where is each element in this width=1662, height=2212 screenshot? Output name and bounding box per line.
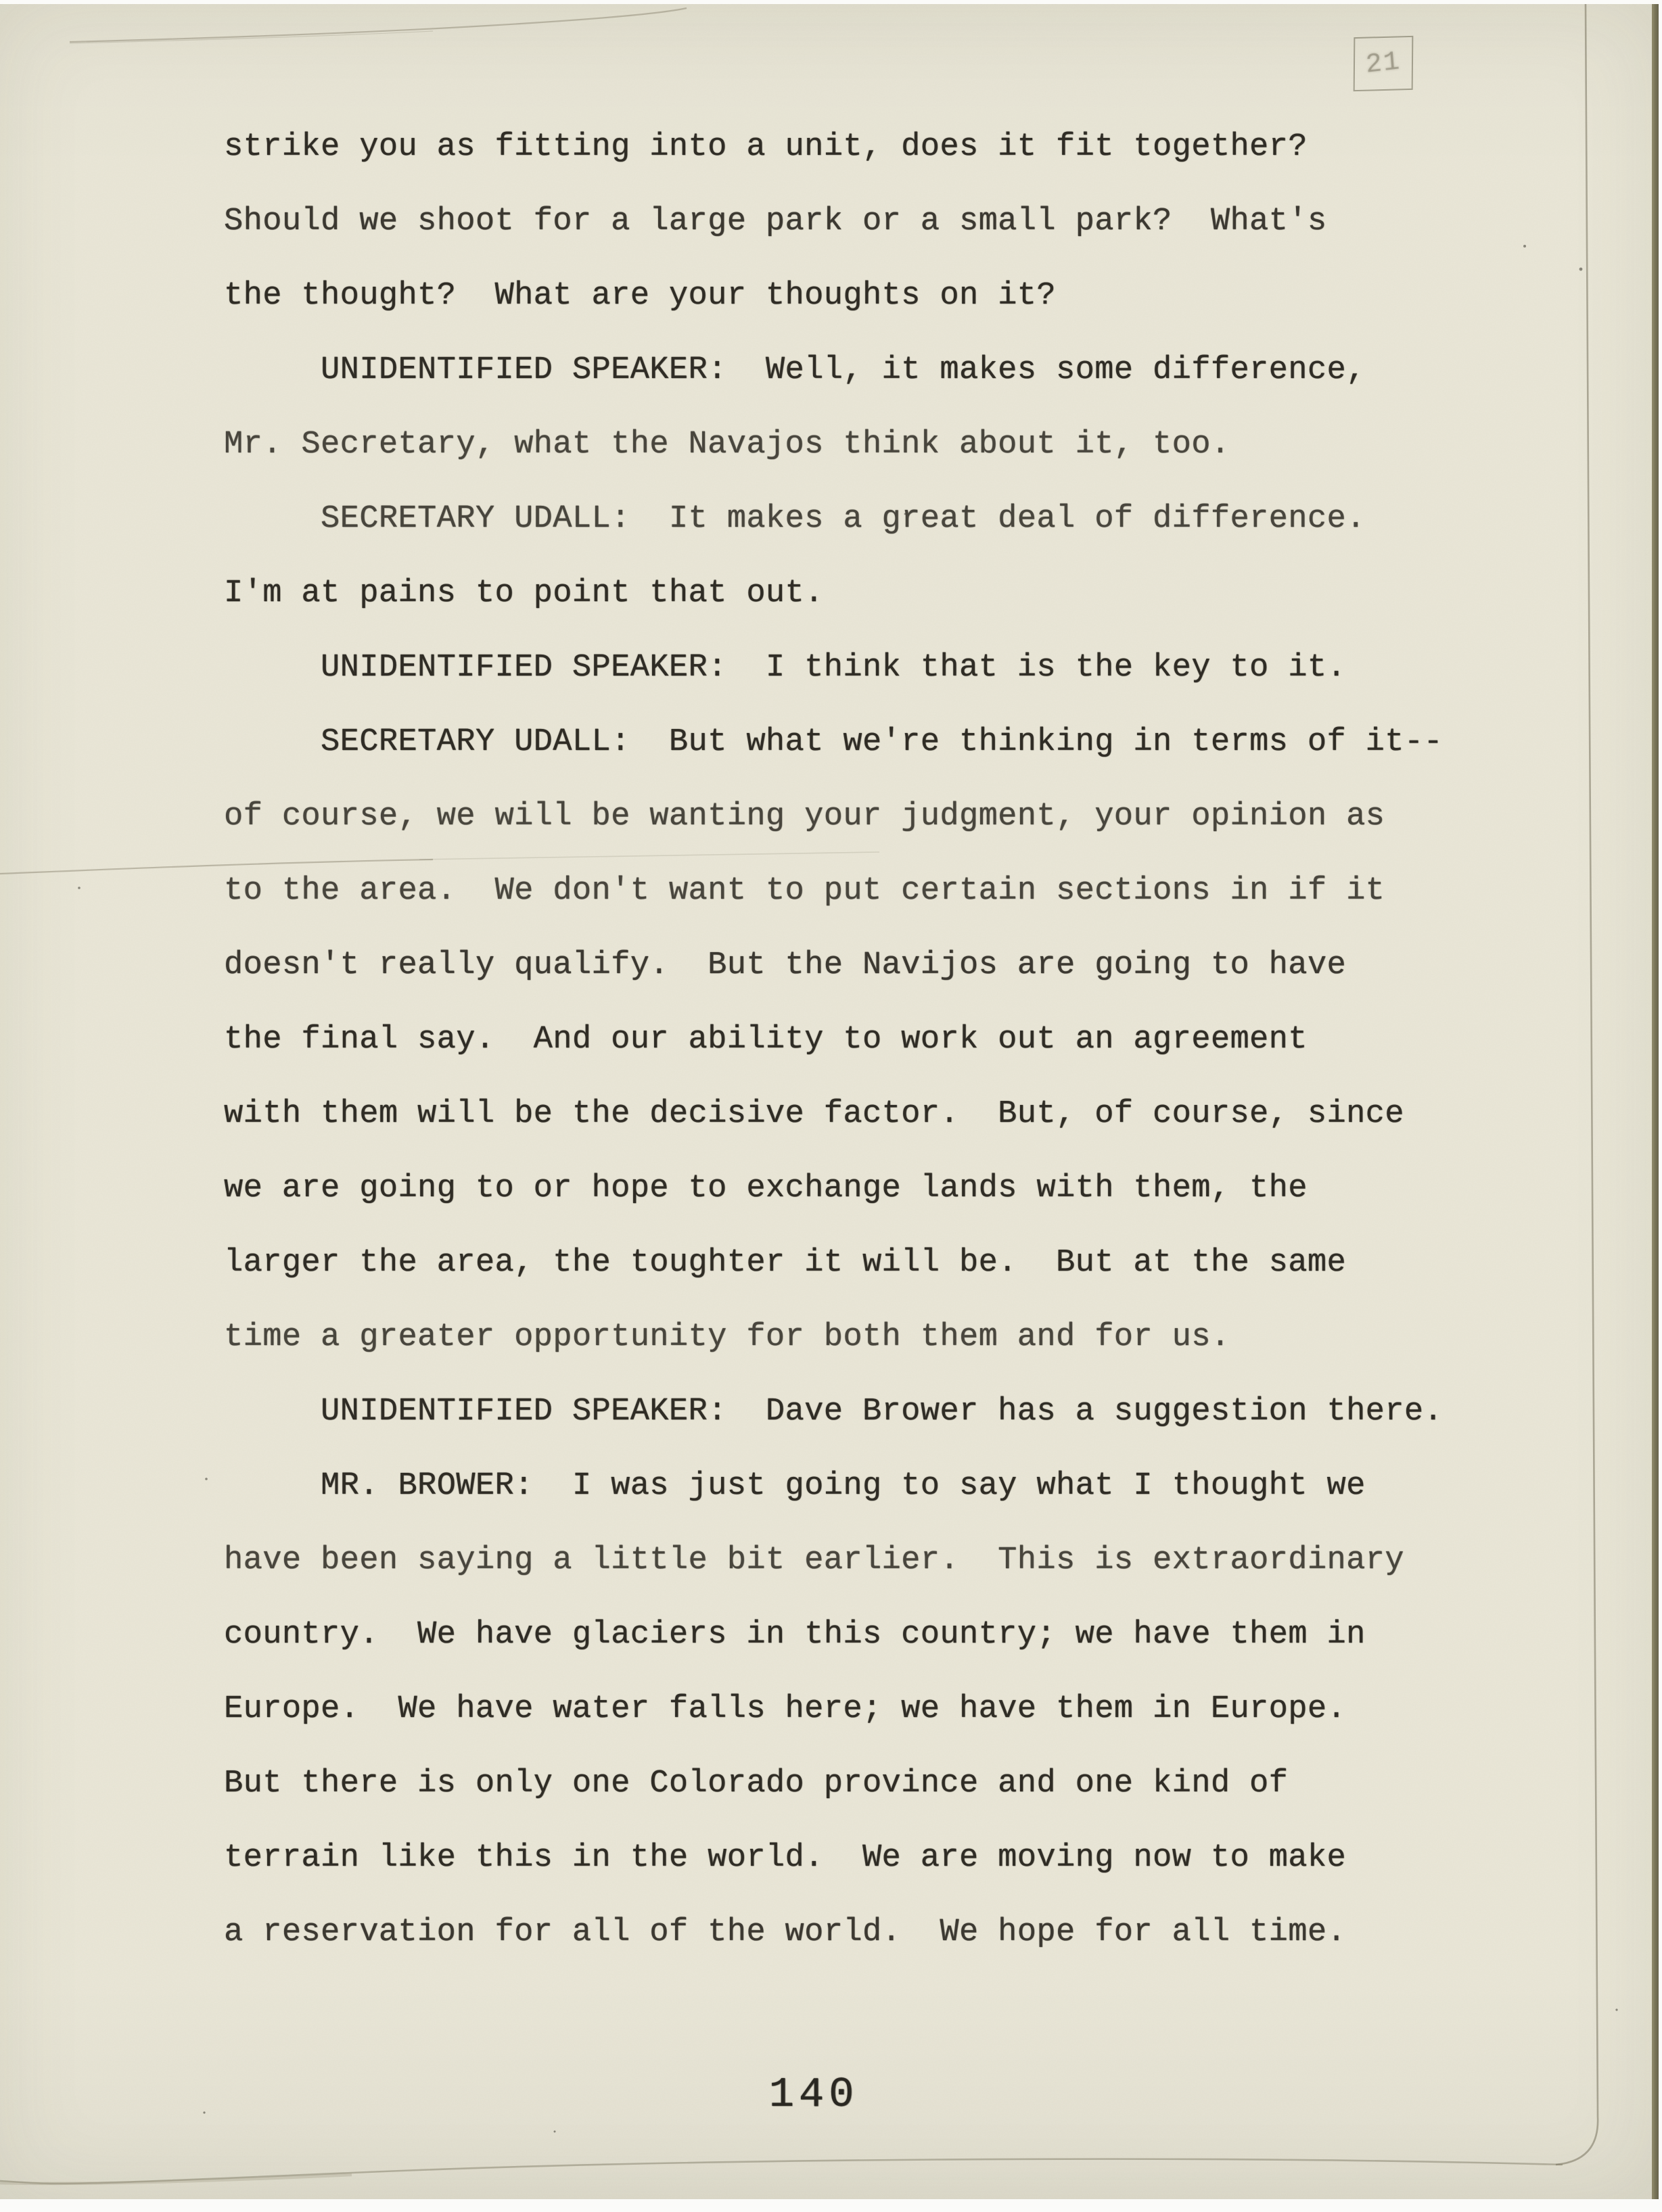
text-line: UNIDENTIFIED SPEAKER: I think that is th… <box>224 631 1662 705</box>
text-line: But there is only one Colorado province … <box>224 1747 1662 1821</box>
text-line: doesn't really qualify. But the Navijos … <box>224 928 1662 1003</box>
text-line: Mr. Secretary, what the Navajos think ab… <box>224 408 1662 482</box>
stamp-box: 21 <box>1354 36 1414 91</box>
text-line: the thought? What are your thoughts on i… <box>224 259 1662 333</box>
text-line: the final say. And our ability to work o… <box>224 1003 1662 1077</box>
text-line: of course, we will be wanting your judgm… <box>224 780 1662 854</box>
text-line: larger the area, the toughter it will be… <box>224 1226 1662 1300</box>
text-line: time a greater opportunity for both them… <box>224 1300 1662 1375</box>
text-line: with them will be the decisive factor. B… <box>224 1077 1662 1152</box>
text-line: UNIDENTIFIED SPEAKER: Dave Brower has a … <box>224 1375 1662 1449</box>
text-line: SECRETARY UDALL: But what we're thinking… <box>224 705 1662 780</box>
text-line: Should we shoot for a large park or a sm… <box>224 185 1662 259</box>
text-line: SECRETARY UDALL: It makes a great deal o… <box>224 482 1662 557</box>
text-line: a reservation for all of the world. We h… <box>224 1896 1662 1970</box>
text-line: we are going to or hope to exchange land… <box>224 1152 1662 1226</box>
typed-text-block: strike you as fitting into a unit, does … <box>0 110 1662 1970</box>
text-line: to the area. We don't want to put certai… <box>224 854 1662 928</box>
text-line: MR. BROWER: I was just going to say what… <box>224 1449 1662 1524</box>
text-line: UNIDENTIFIED SPEAKER: Well, it makes som… <box>224 333 1662 408</box>
text-line: country. We have glaciers in this countr… <box>224 1598 1662 1672</box>
page-number: 140 <box>756 2068 871 2122</box>
scanned-document-screen: strike you as fitting into a unit, does … <box>0 0 1662 2212</box>
text-line: terrain like this in the world. We are m… <box>224 1821 1662 1896</box>
text-line: I'm at pains to point that out. <box>224 557 1662 631</box>
text-line: have been saying a little bit earlier. T… <box>224 1524 1662 1598</box>
stamp-number: 21 <box>1364 47 1402 81</box>
text-line: strike you as fitting into a unit, does … <box>224 110 1662 185</box>
text-line: Europe. We have water falls here; we hav… <box>224 1672 1662 1747</box>
